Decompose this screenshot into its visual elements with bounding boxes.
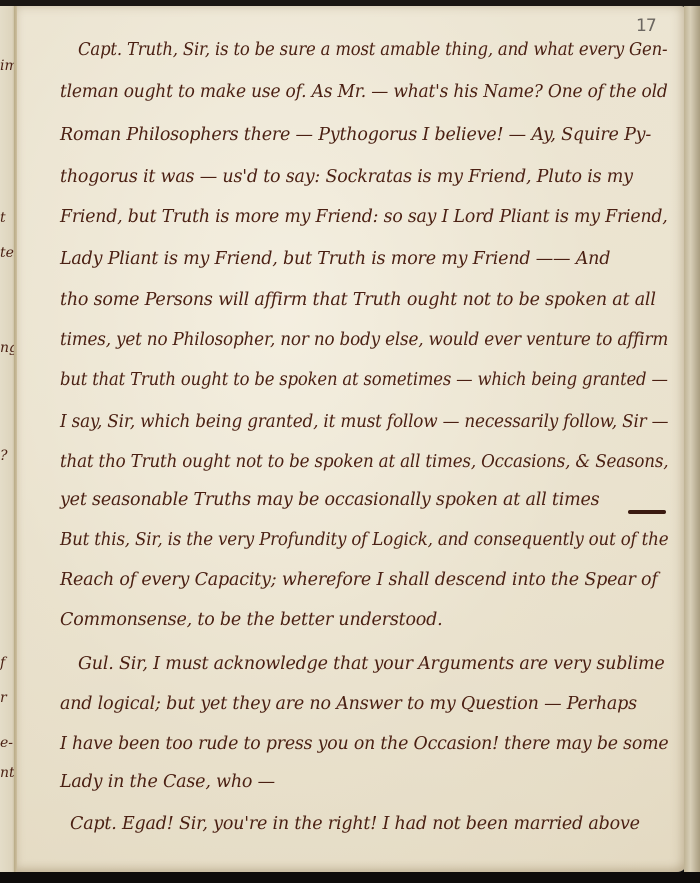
manuscript-line: Roman Philosophers there — Pythogorus I … [60,125,651,145]
manuscript-line: yet seasonable Truths may be occasionall… [60,490,599,510]
margin-fragment: im [0,58,15,74]
manuscript-line: times, yet no Philosopher, nor no body e… [60,330,668,350]
margin-fragment: ? [0,448,8,464]
heavy-dash-mark [628,510,666,514]
manuscript-line: and logical; but yet they are no Answer … [60,694,637,714]
manuscript-line: that tho Truth ought not to be spoken at… [60,452,668,472]
manuscript-line: But this, Sir, is the very Profundity of… [60,530,668,550]
manuscript-line: I have been too rude to press you on the… [60,734,668,754]
margin-fragment: te [0,245,14,261]
margin-fragment: r [0,690,7,706]
manuscript-line: Gul. Sir, I must acknowledge that your A… [78,654,665,674]
manuscript-line: tleman ought to make use of. As Mr. — wh… [60,82,668,102]
page-right-edge [684,6,700,872]
manuscript-line: thogorus it was — us'd to say: Sockratas… [60,167,633,187]
manuscript-line: tho some Persons will affirm that Truth … [60,290,656,310]
margin-fragment: f [0,655,5,671]
manuscript-line: Friend, but Truth is more my Friend: so … [60,207,668,227]
manuscript-line: I say, Sir, which being granted, it must… [60,412,668,432]
margin-fragment: t [0,210,6,226]
manuscript-line: Lady in the Case, who — [60,772,275,792]
margin-fragment: nt [0,765,15,781]
scan-bottom-border [0,872,700,883]
previous-page-edge: im t te ng ? f r e- nt [0,6,15,872]
margin-fragment: e- [0,735,13,751]
manuscript-line: Capt. Truth, Sir, is to be sure a most a… [78,40,667,60]
manuscript-line: but that Truth ought to be spoken at som… [60,370,668,390]
manuscript-line: Commonsense, to be the better understood… [60,610,443,630]
folio-number: 17 [636,16,656,36]
manuscript-line: Reach of every Capacity; wherefore I sha… [60,570,658,590]
margin-fragment: ng [0,340,15,356]
manuscript-line: Lady Pliant is my Friend, but Truth is m… [60,249,610,269]
manuscript-line: Capt. Egad! Sir, you're in the right! I … [70,814,640,834]
